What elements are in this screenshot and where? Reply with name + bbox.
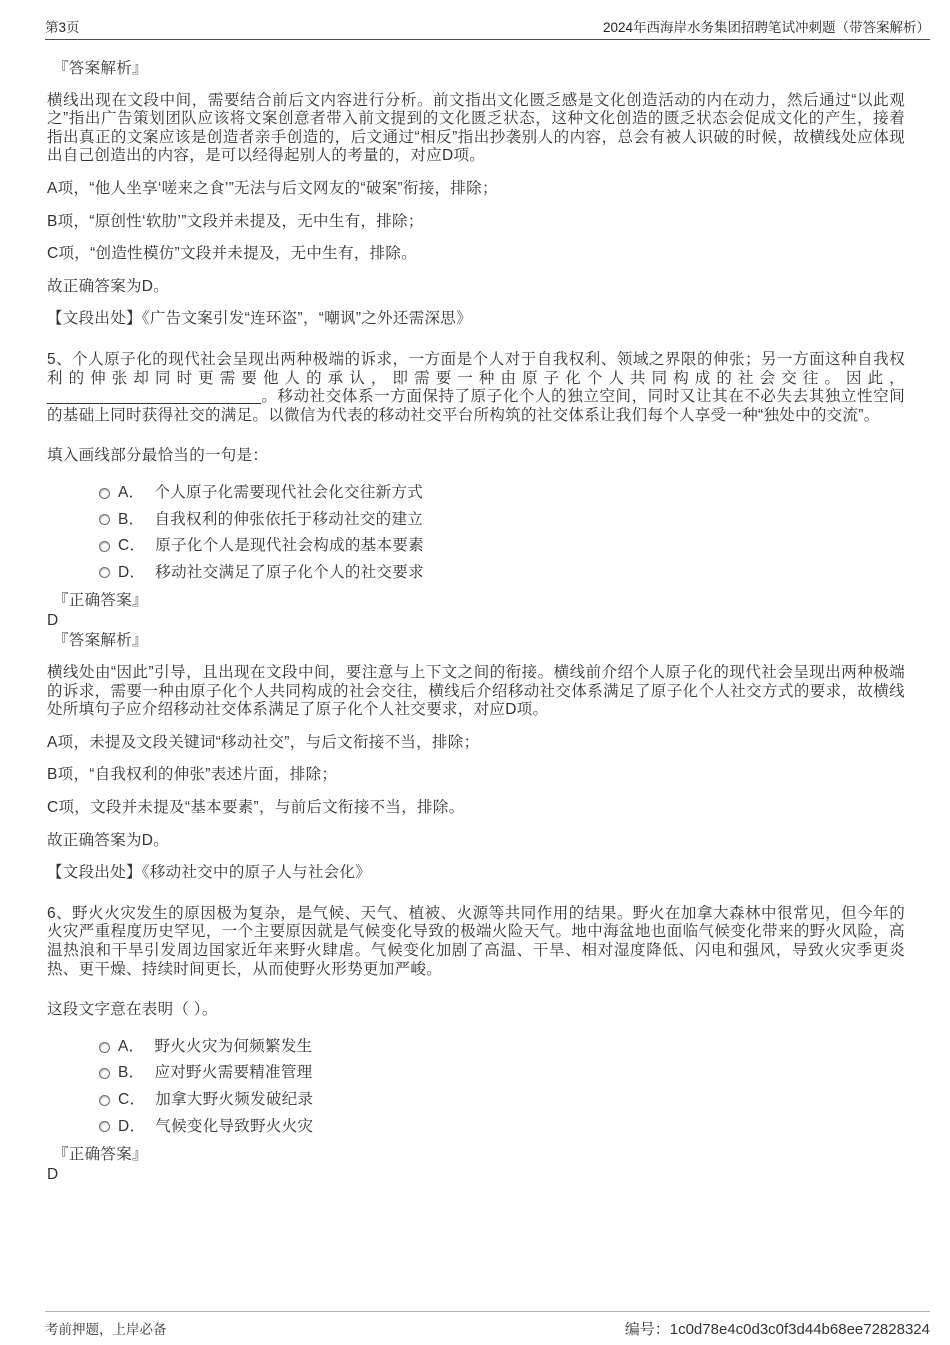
question-6-option-c: C． 加拿大野火频发破纪录 (47, 1091, 905, 1110)
option-c-analysis: C项，“创造性模仿”文段并未提及，无中生有，排除。 (47, 245, 905, 264)
option-text: 自我权利的伸张依托于移动社交的建立 (154, 511, 423, 530)
question-6-prompt: 这段文字意在表明（ ）。 (47, 1001, 905, 1020)
question-5-prompt: 填入画线部分最恰当的一句是： (47, 447, 905, 466)
question-5-option-b: B． 自我权利的伸张依托于移动社交的建立 (47, 511, 905, 530)
correct-answer-label: 『正确答案』 (53, 1146, 905, 1165)
correct-answer-value: D (47, 612, 905, 631)
conclusion-text: 故正确答案为D。 (47, 832, 905, 851)
option-text: 原子化个人是现代社会构成的基本要素 (155, 537, 424, 556)
option-letter: D． (118, 1118, 145, 1137)
document-title: 2024年西海岸水务集团招聘笔试冲刺题（带答案解析） (603, 16, 930, 36)
option-text: 个人原子化需要现代社会化交往新方式 (154, 484, 423, 503)
question-6-options: A． 野火火灾为何频繁发生 B． 应对野火需要精准管理 C． 加拿大野火频发破纪… (47, 1038, 905, 1136)
option-text: 气候变化导致野火火灾 (155, 1118, 313, 1137)
option-text: 应对野火需要精准管理 (154, 1064, 312, 1083)
document-page: 第3页 2024年西海岸水务集团招聘笔试冲刺题（带答案解析） 『答案解析』 横线… (0, 0, 950, 1345)
question-5-stem: 5、个人原子化的现代社会呈现出两种极端的诉求，一方面是个人对于自我权利、领域之界… (47, 351, 905, 425)
option-letter: A． (118, 1038, 144, 1057)
question-6-option-b: B． 应对野火需要精准管理 (47, 1064, 905, 1083)
option-letter: C． (118, 1091, 145, 1110)
question-5-option-d: D． 移动社交满足了原子化个人的社交要求 (47, 564, 905, 583)
option-letter: C． (118, 537, 145, 556)
footer-serial-number: 1c0d78e4c0d3c0f3d44b68ee72828324 (670, 1321, 930, 1338)
option-letter: A． (118, 484, 144, 503)
option-text: 野火火灾为何频繁发生 (154, 1038, 312, 1057)
footer-serial: 编号：1c0d78e4c0d3c0f3d44b68ee72828324 (625, 1318, 930, 1339)
question-6-stem: 6、野火火灾发生的原因极为复杂，是气候、天气、植被、火源等共同作用的结果。野火在… (47, 905, 905, 979)
source-reference: 【文段出处】《广告文案引发“连环盗”，“嘲讽”之外还需深思》 (47, 310, 905, 329)
radio-icon[interactable] (99, 1095, 110, 1106)
document-body: 『答案解析』 横线出现在文段中间，需要结合前后文内容进行分析。前文指出文化匮乏感… (47, 52, 905, 1186)
analysis-paragraph: 横线出现在文段中间，需要结合前后文内容进行分析。前文指出文化匮乏感是文化创造活动… (47, 92, 905, 166)
correct-answer-value: D (47, 1166, 905, 1185)
page-number: 第3页 (45, 16, 80, 36)
radio-icon[interactable] (99, 1042, 110, 1053)
option-a-analysis: A项，未提及文段关键词“移动社交”，与后文衔接不当，排除； (47, 734, 905, 753)
option-letter: B． (118, 511, 144, 530)
question-5-option-c: C． 原子化个人是现代社会构成的基本要素 (47, 537, 905, 556)
question-5-options: A． 个人原子化需要现代社会化交往新方式 B． 自我权利的伸张依托于移动社交的建… (47, 484, 905, 582)
question-5-option-a: A． 个人原子化需要现代社会化交往新方式 (47, 484, 905, 503)
radio-icon[interactable] (99, 567, 110, 578)
radio-icon[interactable] (99, 541, 110, 552)
answer-analysis-label: 『答案解析』 (53, 60, 905, 79)
page-header: 第3页 2024年西海岸水务集团招聘笔试冲刺题（带答案解析） (45, 16, 930, 40)
analysis-paragraph: 横线处由“因此”引导，且出现在文段中间，要注意与上下文之间的衔接。横线前介绍个人… (47, 664, 905, 720)
option-b-analysis: B项，“原创性‘软肋’”文段并未提及，无中生有，排除； (47, 213, 905, 232)
correct-answer-label: 『正确答案』 (53, 592, 905, 611)
source-reference: 【文段出处】《移动社交中的原子人与社会化》 (47, 864, 905, 883)
question-6-option-d: D． 气候变化导致野火火灾 (47, 1118, 905, 1137)
radio-icon[interactable] (99, 514, 110, 525)
option-text: 移动社交满足了原子化个人的社交要求 (155, 564, 424, 583)
answer-analysis-label: 『答案解析』 (53, 632, 905, 651)
radio-icon[interactable] (99, 488, 110, 499)
footer-serial-label: 编号： (625, 1321, 670, 1338)
radio-icon[interactable] (99, 1121, 110, 1132)
radio-icon[interactable] (99, 1068, 110, 1079)
option-letter: D． (118, 564, 145, 583)
conclusion-text: 故正确答案为D。 (47, 278, 905, 297)
option-text: 加拿大野火频发破纪录 (155, 1091, 313, 1110)
footer-slogan: 考前押题，上岸必备 (45, 1318, 167, 1338)
option-a-analysis: A项，“他人坐享‘嗟来之食’”无法与后文网友的“破案”衔接，排除； (47, 180, 905, 199)
option-letter: B． (118, 1064, 144, 1083)
option-b-analysis: B项，“自我权利的伸张”表述片面，排除； (47, 766, 905, 785)
question-6-option-a: A． 野火火灾为何频繁发生 (47, 1038, 905, 1057)
page-footer: 考前押题，上岸必备 编号：1c0d78e4c0d3c0f3d44b68ee728… (45, 1311, 930, 1339)
option-c-analysis: C项，文段并未提及“基本要素”，与前后文衔接不当，排除。 (47, 799, 905, 818)
